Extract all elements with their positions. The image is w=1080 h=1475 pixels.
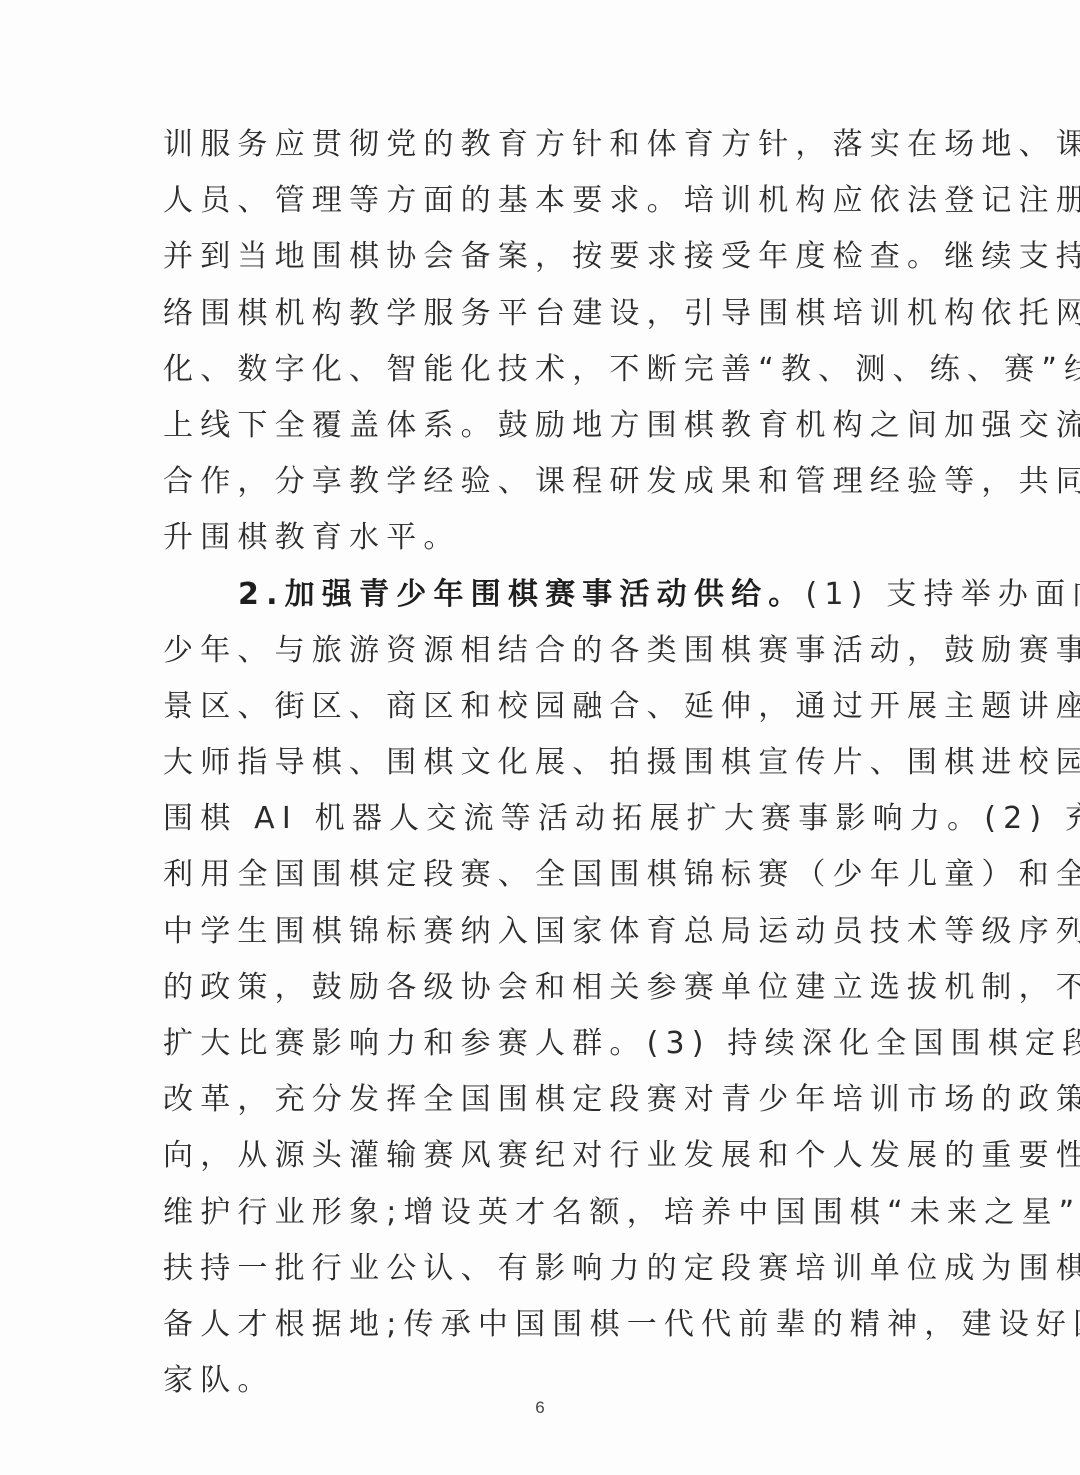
paragraph-1-line-6: 上线下全覆盖体系。鼓励地方围棋教育机构之间加强交流与	[163, 398, 923, 454]
document-body: 训服务应贯彻党的教育方针和体育方针，落实在场地、课程、 人员、管理等方面的基本要…	[163, 117, 923, 1409]
paragraph-2-line-14: 备人才根据地;传承中国围棋一代代前辈的精神，建设好国	[163, 1297, 923, 1353]
paragraph-2-line-8: 的政策，鼓励各级协会和相关参赛单位建立选拔机制，不断	[163, 960, 923, 1016]
page-number: 6	[0, 1398, 1080, 1418]
paragraph-2-first-line-rest: (1) 支持举办面向青	[805, 577, 1080, 612]
paragraph-2-line-7: 中学生围棋锦标赛纳入国家体育总局运动员技术等级序列	[163, 904, 923, 960]
paragraph-1-line-1: 训服务应贯彻党的教育方针和体育方针，落实在场地、课程、	[163, 117, 923, 173]
paragraph-2-line-6: 利用全国围棋定段赛、全国围棋锦标赛（少年儿童）和全国	[163, 847, 923, 903]
paragraph-1-line-4: 络围棋机构教学服务平台建设，引导围棋培训机构依托网络	[163, 286, 923, 342]
paragraph-2-line-11: 向，从源头灌输赛风赛纪对行业发展和个人发展的重要性，	[163, 1128, 923, 1184]
paragraph-1-line-3: 并到当地围棋协会备案，按要求接受年度检查。继续支持网	[163, 229, 923, 285]
section-heading: 2.加强青少年围棋赛事活动供给。	[238, 577, 805, 612]
paragraph-2-line-9: 扩大比赛影响力和参赛人群。(3) 持续深化全国围棋定段赛	[163, 1016, 923, 1072]
paragraph-1-line-8: 升围棋教育水平。	[163, 510, 923, 566]
paragraph-2-line-3: 景区、街区、商区和校园融合、延伸，通过开展主题讲座、	[163, 679, 923, 735]
paragraph-2-line-4: 大师指导棋、围棋文化展、拍摄围棋宣传片、围棋进校园、	[163, 735, 923, 791]
paragraph-2-line-10: 改革，充分发挥全国围棋定段赛对青少年培训市场的政策导	[163, 1072, 923, 1128]
paragraph-2-line-1: 2.加强青少年围棋赛事活动供给。(1) 支持举办面向青	[163, 567, 923, 623]
paragraph-2-line-5: 围棋 AI 机器人交流等活动拓展扩大赛事影响力。(2) 充分	[163, 791, 923, 847]
paragraph-2-line-12: 维护行业形象;增设英才名额，培养中国围棋“未来之星”；	[163, 1185, 923, 1241]
paragraph-2-line-2: 少年、与旅游资源相结合的各类围棋赛事活动，鼓励赛事向	[163, 623, 923, 679]
paragraph-1-line-5: 化、数字化、智能化技术，不断完善“教、测、练、赛”线	[163, 342, 923, 398]
paragraph-1-line-2: 人员、管理等方面的基本要求。培训机构应依法登记注册，	[163, 173, 923, 229]
paragraph-2-line-13: 扶持一批行业公认、有影响力的定段赛培训单位成为围棋后	[163, 1241, 923, 1297]
document-page: 训服务应贯彻党的教育方针和体育方针，落实在场地、课程、 人员、管理等方面的基本要…	[0, 0, 1080, 1475]
paragraph-1-line-7: 合作，分享教学经验、课程研发成果和管理经验等，共同提	[163, 454, 923, 510]
